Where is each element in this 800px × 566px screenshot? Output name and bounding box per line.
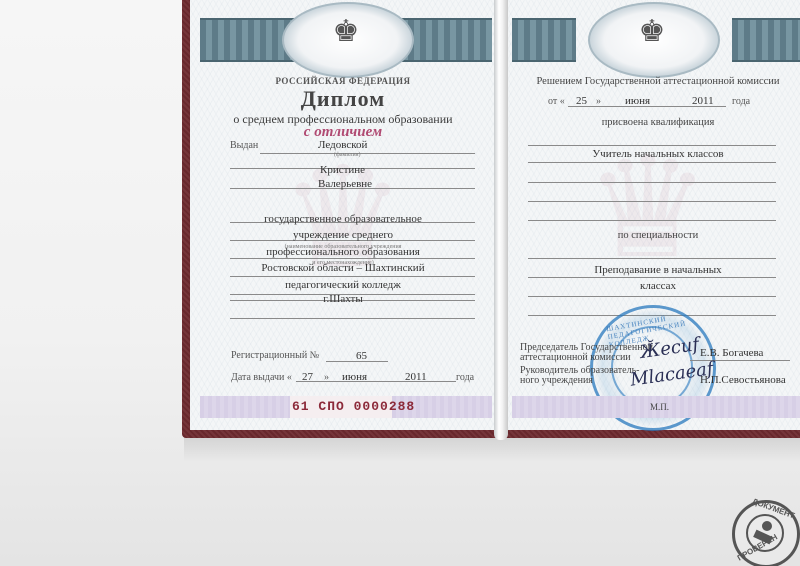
patronymic-value: Валерьевне: [318, 178, 372, 190]
decision-quote-close: »: [596, 96, 601, 107]
document-verified-badge: ДОКУМЕНТ ПРОВЕРЕН: [732, 500, 800, 566]
decision-day: 25: [576, 95, 587, 107]
institution-text-4: Ростовской области – Шахтинский: [190, 262, 496, 274]
watermark-eagle-icon: ♛: [585, 140, 711, 280]
specialty-line-2: [528, 277, 776, 278]
right-ornament-band-a: [512, 18, 576, 62]
right-ornament-band-b: [732, 18, 800, 62]
specialty-value-1: Преподавание в начальных: [508, 264, 800, 276]
document-title: Диплом: [190, 86, 496, 112]
qualification-line-2: [528, 162, 776, 163]
director-label-2: ного учреждения: [520, 376, 593, 386]
coat-of-arms-icon: ♚: [636, 12, 668, 52]
decision-year: 2011: [692, 95, 714, 107]
qualification-line-5: [528, 220, 776, 221]
issue-day: 27: [302, 371, 313, 383]
seal-place-label: М.П.: [650, 402, 669, 412]
qualification-value: Учитель начальных классов: [508, 148, 800, 160]
qualification-label: присвоена квалификация: [508, 117, 800, 128]
qualification-line-3: [528, 182, 776, 183]
book-spine: [494, 0, 508, 440]
registration-number: 65: [356, 350, 367, 362]
specialty-line-3: [528, 296, 776, 297]
federation-label: РОССИЙСКАЯ ФЕДЕРАЦИЯ: [190, 76, 496, 86]
surname-value: Ледовской: [318, 139, 367, 151]
specialty-value-2: классах: [508, 280, 800, 292]
serial-number: 61 СПО 0000288: [292, 399, 415, 414]
commission-decision: Решением Государственной аттестационной …: [508, 76, 800, 87]
surname-caption: (фамилия): [334, 152, 361, 158]
issue-month: июня: [342, 371, 367, 383]
verified-dot-icon: [762, 521, 772, 531]
decision-month: июня: [625, 95, 650, 107]
institution-line-7: [230, 318, 475, 319]
decision-date-prefix: от «: [548, 96, 565, 107]
institution-text-2: учреждение среднего: [190, 229, 496, 241]
decision-year-suffix: года: [732, 96, 750, 107]
institution-text-3: профессионального образования: [190, 246, 496, 258]
issue-date-line: [296, 381, 456, 382]
qualification-line-1: [528, 145, 776, 146]
registration-label: Регистрационный №: [231, 350, 319, 361]
issue-quote-close: »: [324, 372, 329, 383]
chairman-name: Е.В. Богачева: [700, 347, 763, 359]
specialty-line-1: [528, 258, 776, 259]
coat-of-arms-icon: ♚: [330, 12, 362, 52]
first-name-value: Кристине: [320, 164, 365, 176]
qualification-line-4: [528, 201, 776, 202]
specialty-label: по специальности: [508, 230, 800, 241]
issue-date-label: Дата выдачи «: [231, 372, 292, 383]
institution-line-4: [230, 276, 475, 277]
issue-year: 2011: [405, 371, 427, 383]
chairman-label-2: аттестационной комиссии: [520, 353, 631, 363]
issue-year-suffix: года: [456, 372, 474, 383]
institution-text-5: педагогический колледж: [190, 279, 496, 291]
institution-line-3: [230, 258, 475, 259]
issued-label: Выдан: [230, 140, 258, 151]
institution-text-1: государственное образовательное: [190, 213, 496, 225]
institution-text-6: г.Шахты: [190, 293, 496, 305]
director-name: Н.П.Севостьянова: [700, 374, 786, 386]
surname-line: [260, 153, 475, 154]
